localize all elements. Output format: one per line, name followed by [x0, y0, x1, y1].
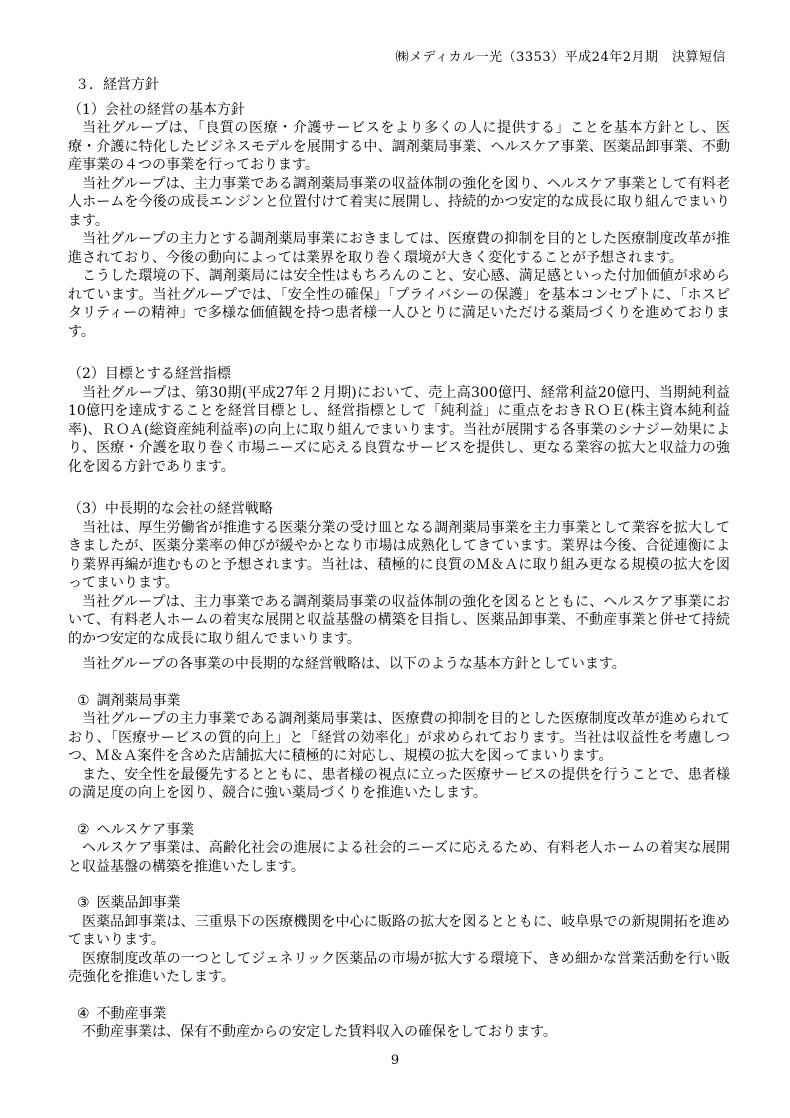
subsection-number: ④	[77, 1006, 90, 1022]
subsection-title: 医薬品卸事業	[97, 895, 181, 911]
subsection-title: 調剤薬局事業	[97, 693, 181, 709]
section-basic-policy: （1）会社の経営の基本方針 当社グループは、「良質の医療・介護サービスをより多く…	[68, 101, 730, 342]
paragraph: 当社グループは、「良質の医療・介護サービスをより多くの人に提供する」ことを基本方…	[68, 119, 730, 175]
subsection-number: ②	[77, 822, 90, 838]
strategy-intro-note: 当社グループの各事業の中長期的な経営戦略は、以下のような基本方針としています。	[68, 655, 730, 674]
section-heading-target-indicators: （2）目標とする経営指標	[68, 365, 730, 384]
section-heading-strategy: （3）中長期的な会社の経営戦略	[68, 500, 730, 519]
paragraph: 医療制度改革の一つとしてジェネリック医薬品の市場が拡大する環境下、きめ細かな営業…	[68, 950, 730, 987]
doc-title: ３．経営方針	[75, 76, 730, 95]
subsection-heading-wholesale: ③医薬品卸事業	[77, 894, 730, 913]
subsection-title: 不動産事業	[97, 1006, 167, 1022]
paragraph: ヘルスケア事業は、高齢化社会の進展による社会的ニーズに応えるため、有料老人ホーム…	[68, 839, 730, 876]
subsection-healthcare: ②ヘルスケア事業 ヘルスケア事業は、高齢化社会の進展による社会的ニーズに応えるた…	[68, 821, 730, 877]
subsection-heading-pharmacy: ①調剤薬局事業	[77, 692, 730, 711]
paragraph: 当社グループの主力とする調剤薬局事業におきましては、医療費の抑制を目的とした医療…	[68, 230, 730, 267]
section-target-indicators: （2）目標とする経営指標 当社グループは、第30期(平成27年２月期)において、…	[68, 365, 730, 476]
subsection-number: ③	[77, 895, 90, 911]
subsection-heading-real-estate: ④不動産事業	[77, 1005, 730, 1024]
paragraph: 当社グループは、主力事業である調剤薬局事業の収益体制の強化を図り、ヘルスケア事業…	[68, 175, 730, 231]
paragraph: 当社グループは、主力事業である調剤薬局事業の収益体制の強化を図るとともに、ヘルス…	[68, 593, 730, 649]
paragraph: また、安全性を最優先するとともに、患者様の視点に立った医療サービスの提供を行うこ…	[68, 766, 730, 803]
subsection-wholesale: ③医薬品卸事業 医薬品卸事業は、三重県下の医療機関を中心に販路の拡大を図るととも…	[68, 894, 730, 987]
subsection-number: ①	[77, 693, 90, 709]
paragraph: 当社グループの主力事業である調剤薬局事業は、医療費の抑制を目的とした医療制度改革…	[68, 710, 730, 766]
paragraph: 当社は、厚生労働省が推進する医薬分業の受け皿となる調剤薬局事業を主力事業として業…	[68, 519, 730, 593]
doc-header: ㈱メディカル一光（3353）平成24年2月期 決算短信	[396, 46, 726, 65]
doc-content: ３．経営方針 （1）会社の経営の基本方針 当社グループは、「良質の医療・介護サー…	[68, 76, 730, 1066]
subsection-title: ヘルスケア事業	[97, 822, 195, 838]
section-heading-basic-policy: （1）会社の経営の基本方針	[68, 101, 730, 120]
paragraph: 不動産事業は、保有不動産からの安定した賃料収入の確保をしております。	[68, 1023, 730, 1042]
paragraph: こうした環境の下、調剤薬局には安全性はもちろんのこと、安心感、満足感といった付加…	[68, 267, 730, 341]
subsection-heading-healthcare: ②ヘルスケア事業	[77, 821, 730, 840]
paragraph: 当社グループは、第30期(平成27年２月期)において、売上高300億円、経常利益…	[68, 384, 730, 477]
paragraph: 医薬品卸事業は、三重県下の医療機関を中心に販路の拡大を図るとともに、岐阜県での新…	[68, 913, 730, 950]
document-page: ㈱メディカル一光（3353）平成24年2月期 決算短信 ３．経営方針 （1）会社…	[0, 0, 790, 1118]
page-number: 9	[0, 1053, 790, 1068]
section-mid-long-term-strategy: （3）中長期的な会社の経営戦略 当社は、厚生労働省が推進する医薬分業の受け皿とな…	[68, 500, 730, 1042]
subsection-real-estate: ④不動産事業 不動産事業は、保有不動産からの安定した賃料収入の確保をしております…	[68, 1005, 730, 1042]
subsection-pharmacy: ①調剤薬局事業 当社グループの主力事業である調剤薬局事業は、医療費の抑制を目的と…	[68, 692, 730, 803]
